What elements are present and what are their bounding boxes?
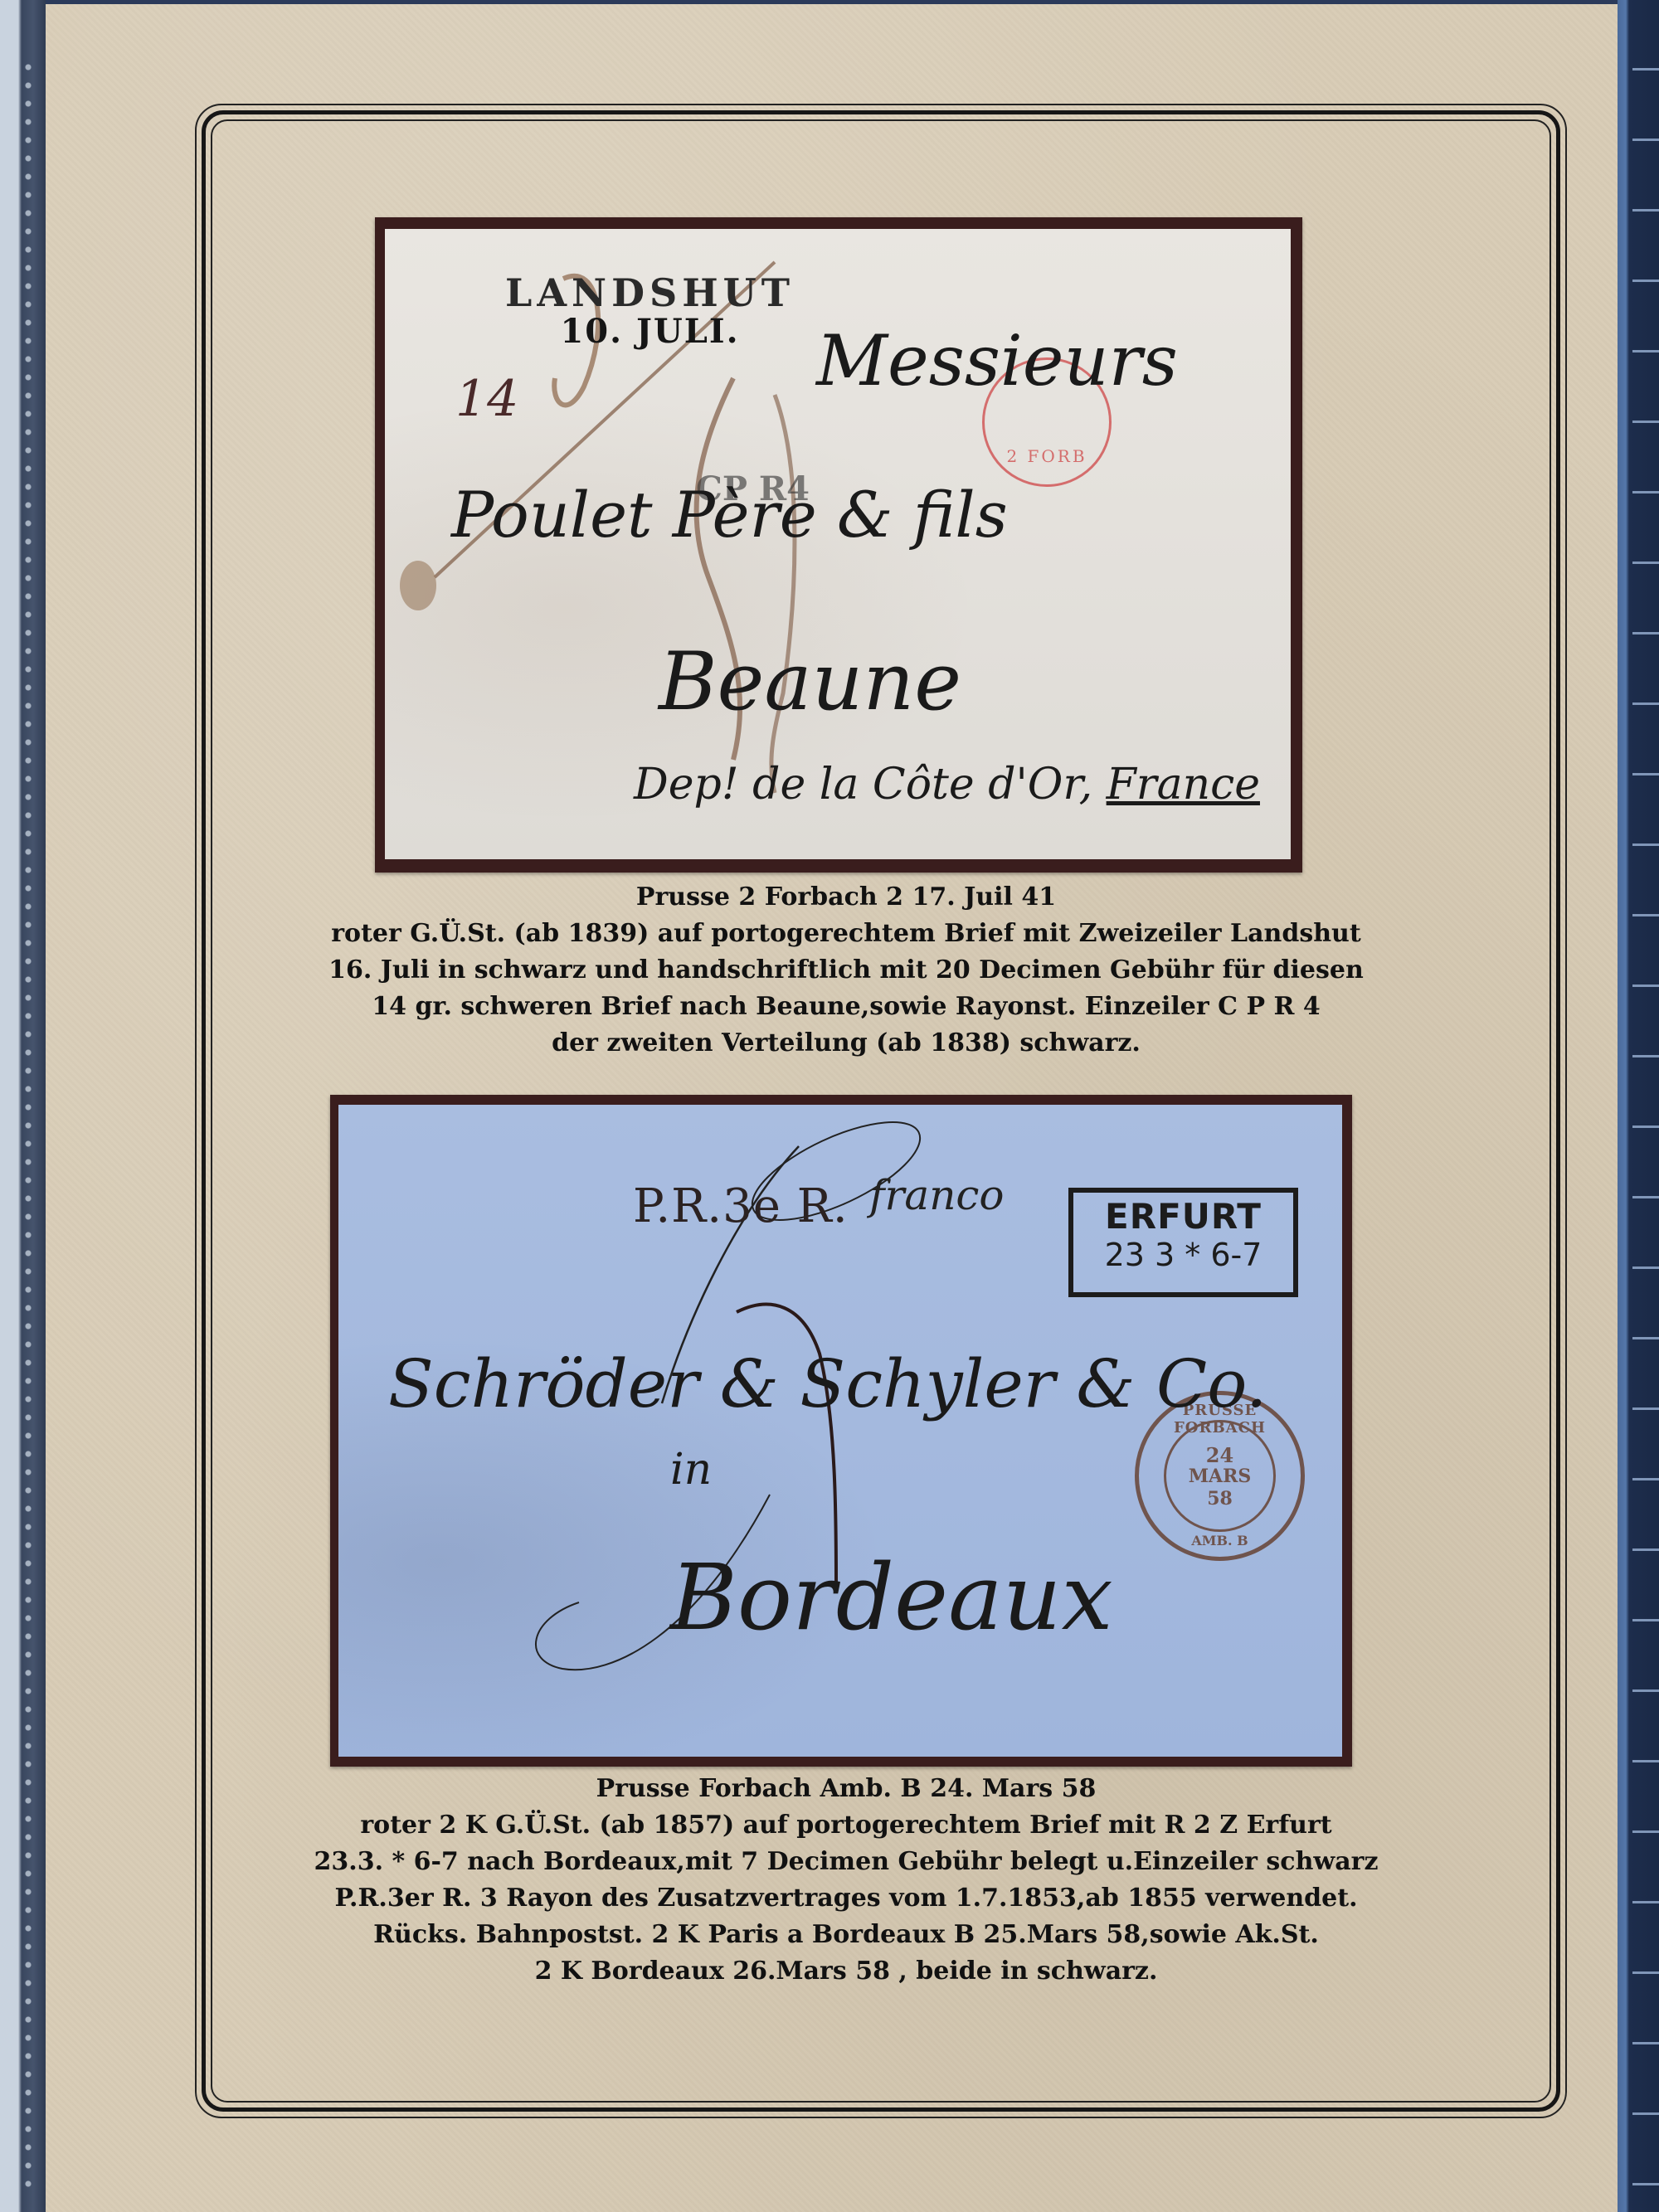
transit-stamp-text: 2 FORB: [985, 446, 1109, 466]
sleeve-grid: [1632, 0, 1659, 2212]
binder-edge-left: [0, 0, 46, 2212]
postmark-date: 10. JULI.: [505, 312, 795, 351]
erfurt-box-postmark: ERFURT 23 3 * 6-7: [1068, 1188, 1298, 1297]
sleeve-edge-right: [1618, 0, 1659, 2212]
address-addressee: Poulet Père & fils: [451, 478, 1008, 552]
caption-2-line: 23.3. * 6-7 nach Bordeaux,mit 7 Decimen …: [274, 1844, 1418, 1880]
caption-2-line: Rücks. Bahnpostst. 2 K Paris a Bordeaux …: [274, 1917, 1418, 1953]
caption-2-line: P.R.3er R. 3 Rayon des Zusatzvertrages v…: [274, 1880, 1418, 1917]
box-stamp-date: 23 3 * 6-7: [1073, 1237, 1293, 1273]
caption-1-title: Prusse 2 Forbach 2 17. Juil 41: [274, 879, 1418, 916]
box-stamp-town: ERFURT: [1073, 1196, 1293, 1237]
cover-2-letter[interactable]: P.R.3e R. franco ERFURT 23 3 * 6-7 PRUSS…: [338, 1105, 1342, 1757]
caption-2-line: 2 K Bordeaux 26.Mars 58 , beide in schwa…: [274, 1953, 1418, 1990]
address-salutation: Messieurs: [816, 320, 1178, 401]
handwritten-franco: franco: [869, 1171, 1005, 1219]
cover-1-letter[interactable]: LANDSHUT 10. JULI. 14 2 FORB CP R4 Messi…: [385, 229, 1291, 859]
cover-2-mount: P.R.3e R. franco ERFURT 23 3 * 6-7 PRUSS…: [330, 1095, 1352, 1767]
caption-2-line: roter 2 K G.Ü.St. (ab 1857) auf portoger…: [274, 1807, 1418, 1844]
cds-ring-bottom: AMB. B: [1139, 1533, 1301, 1548]
handwritten-weight: 14: [455, 370, 518, 428]
address-addressee: Schröder & Schyler & Co.: [388, 1345, 1267, 1422]
caption-2-title: Prusse Forbach Amb. B 24. Mars 58: [274, 1771, 1418, 1807]
caption-cover-2: Prusse Forbach Amb. B 24. Mars 58 roter …: [274, 1771, 1418, 1990]
binder-punch-holes: [22, 58, 34, 2198]
address-city: Beaune: [659, 635, 961, 728]
caption-cover-1: Prusse 2 Forbach 2 17. Juil 41 roter G.Ü…: [274, 879, 1418, 1062]
address-department: Dep! de la Côte d'Or,: [634, 760, 1092, 809]
caption-1-line: der zweiten Verteilung (ab 1838) schwarz…: [274, 1025, 1418, 1062]
address-city: Bordeaux: [670, 1544, 1113, 1650]
caption-1-line: roter G.Ü.St. (ab 1839) auf portogerecht…: [274, 916, 1418, 952]
cover-1-mount: LANDSHUT 10. JULI. 14 2 FORB CP R4 Messi…: [375, 217, 1302, 873]
caption-1-line: 16. Juli in schwarz und handschriftlich …: [274, 952, 1418, 989]
cds-day: 24: [1139, 1443, 1301, 1467]
landshut-two-line-postmark: LANDSHUT 10. JULI.: [505, 270, 795, 351]
cds-month: MARS: [1139, 1466, 1301, 1487]
cds-year: 58: [1139, 1488, 1301, 1510]
rayon-stamp-pr3: P.R.3e R.: [633, 1179, 849, 1233]
address-prefix: in: [670, 1445, 712, 1495]
postmark-town: LANDSHUT: [505, 270, 795, 315]
address-country: France: [1107, 760, 1260, 809]
address-department-country: Dep! de la Côte d'Or, France: [634, 760, 1260, 809]
caption-1-line: 14 gr. schweren Brief nach Beaune,sowie …: [274, 989, 1418, 1025]
